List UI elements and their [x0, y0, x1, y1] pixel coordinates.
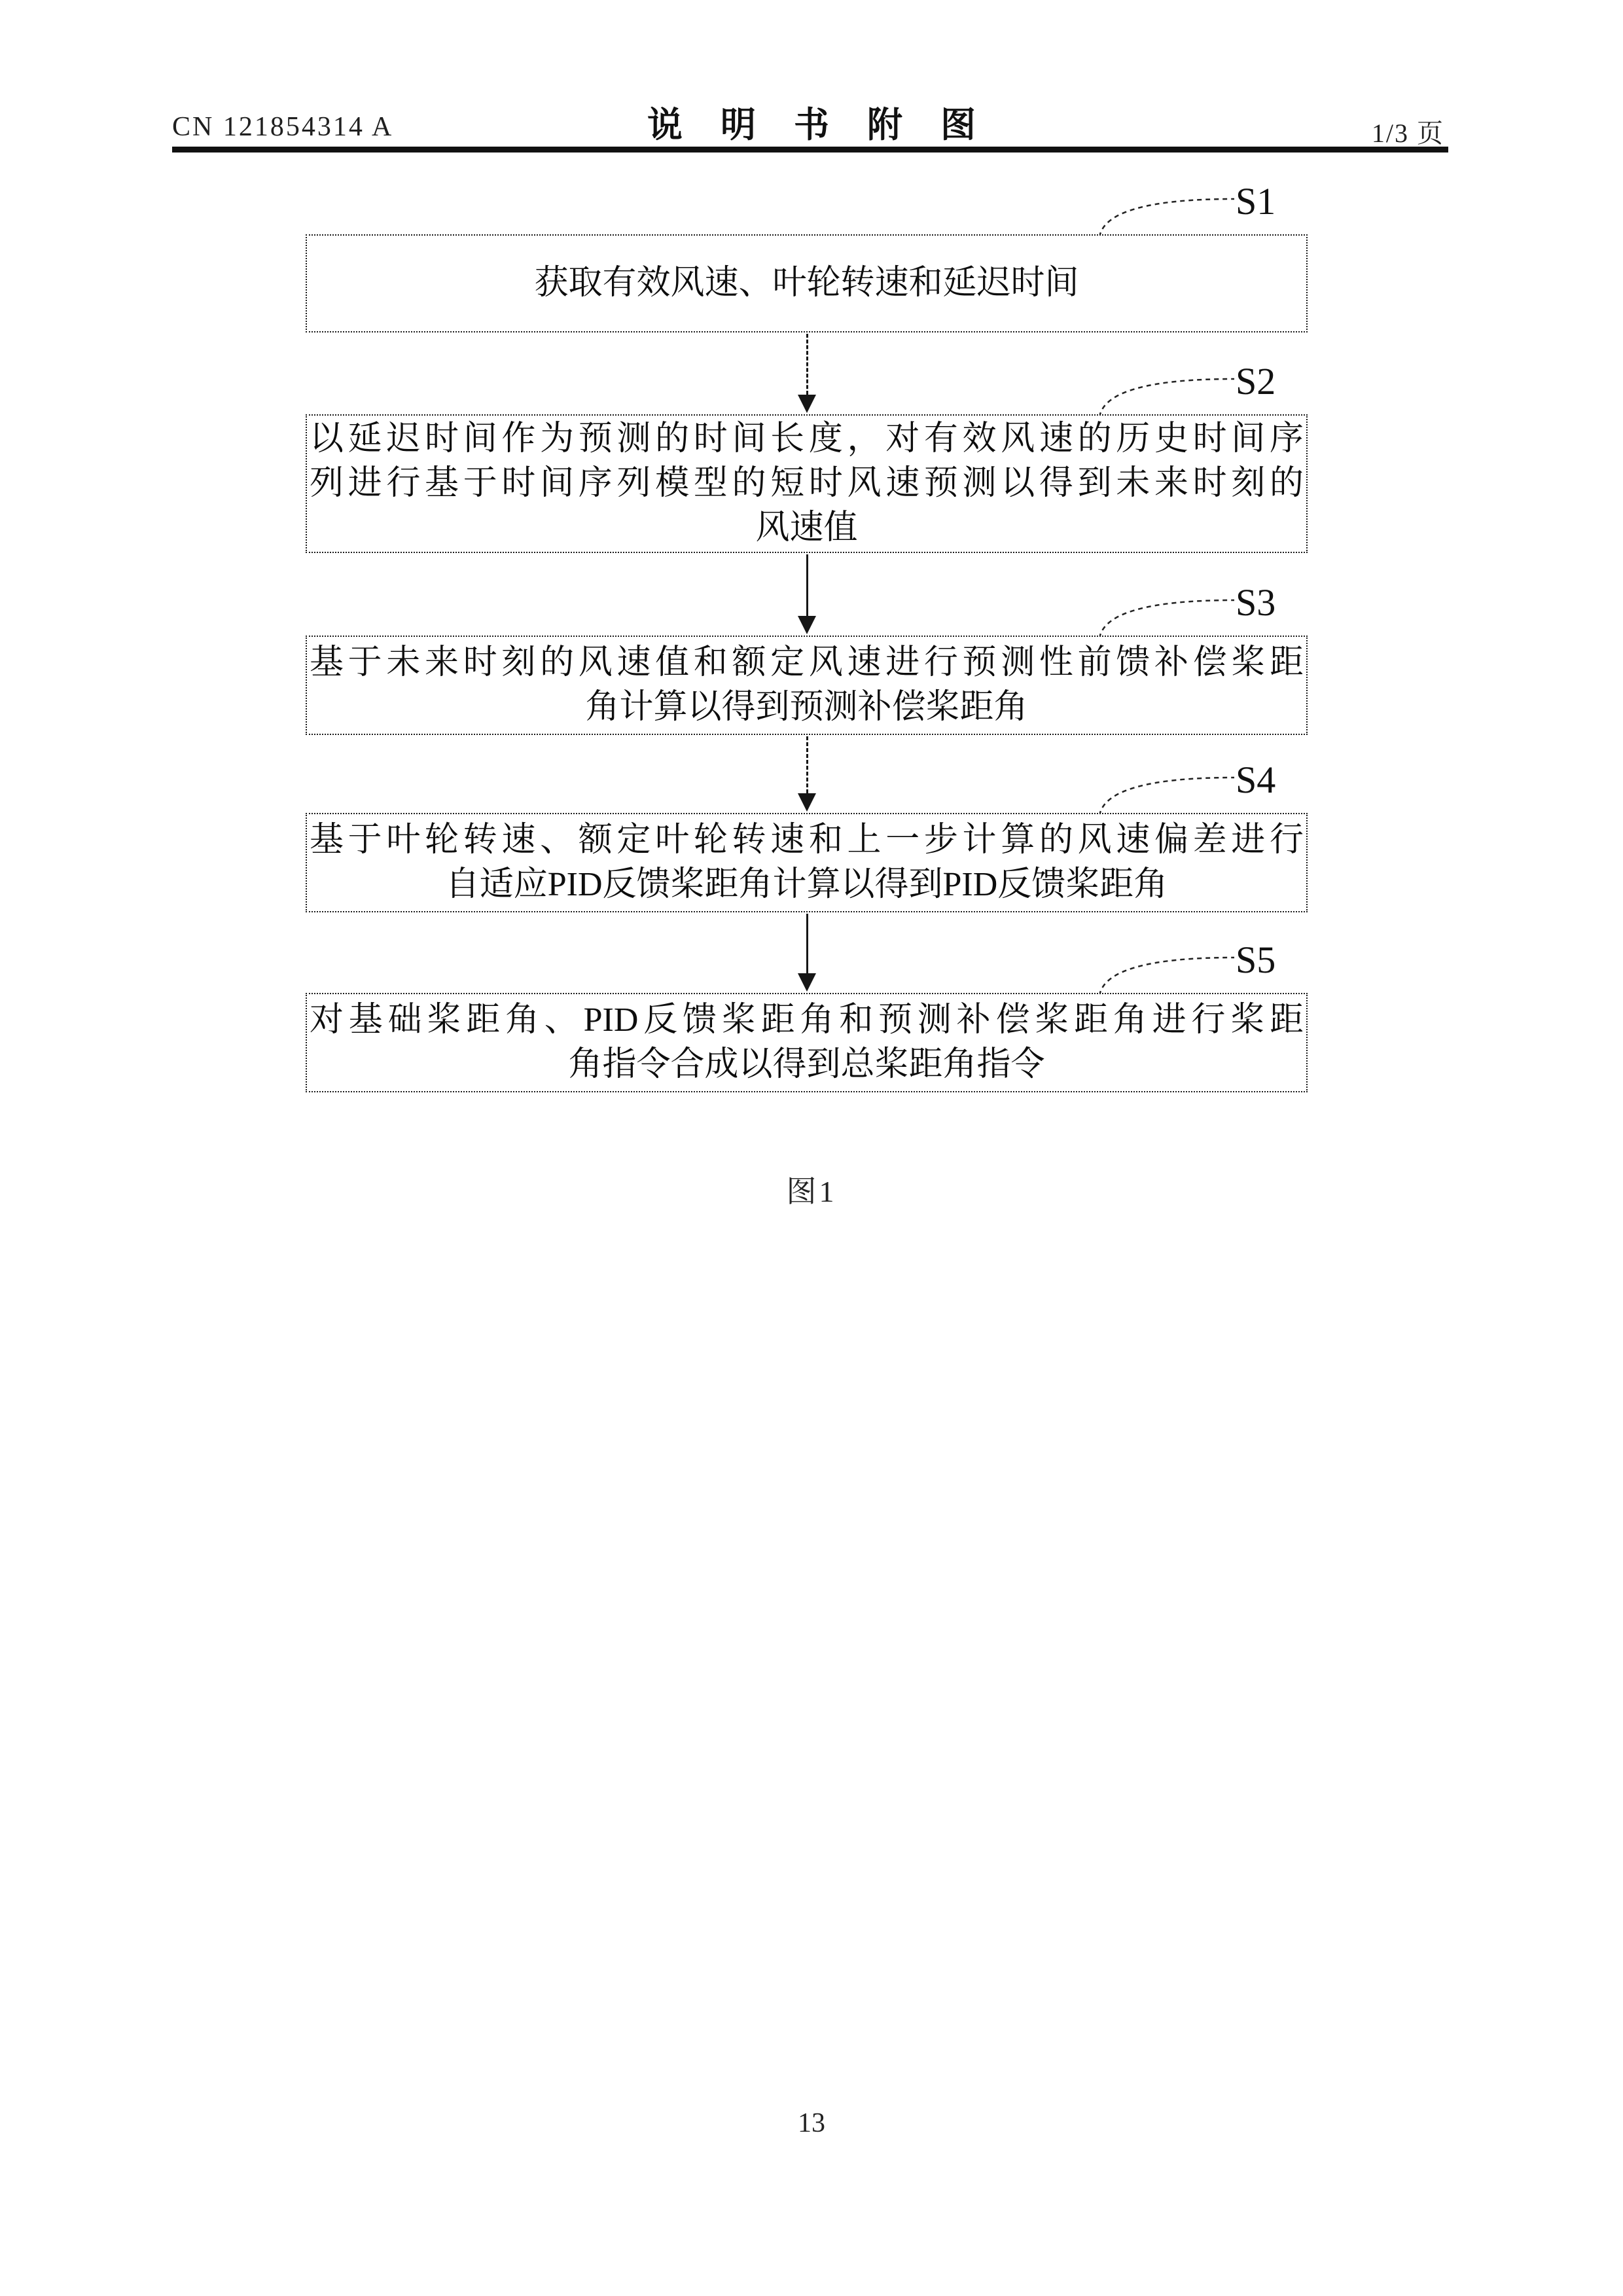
arrow-connector-1: [798, 334, 816, 413]
arrow-head-icon: [798, 973, 816, 992]
arrow-shaft: [806, 914, 808, 973]
step-label-s2: S2: [1236, 359, 1314, 403]
arrow-connector-2: [798, 554, 816, 634]
arrow-head-icon: [798, 793, 816, 812]
flow-box-text: 风速值: [310, 506, 1304, 550]
page-number: 13: [0, 2108, 1623, 2139]
step-label-s3: S3: [1236, 581, 1314, 624]
flow-box-text: 角计算以得到预测补偿桨距角: [310, 685, 1304, 730]
arrow-shaft: [806, 554, 808, 616]
step-label-s4: S4: [1236, 758, 1314, 802]
page-indicator: 1/3 页: [1372, 113, 1444, 150]
arrow-connector-4: [798, 914, 816, 992]
arrow-shaft: [806, 334, 808, 395]
flow-box-text: 自适应PID反馈桨距角计算以得到PID反馈桨距角: [310, 863, 1304, 907]
figure-caption: 图1: [0, 1168, 1623, 1211]
leader-line-s1: [1080, 174, 1243, 240]
flow-box-text: 角指令合成以得到总桨距角指令: [310, 1043, 1304, 1087]
flow-box-text: 对基础桨距角、PID反馈桨距角和预测补偿桨距角进行桨距: [310, 998, 1304, 1043]
leader-line-s5: [1080, 933, 1243, 998]
flow-box-text: 列进行基于时间序列模型的短时风速预测以得到未来时刻的: [310, 461, 1304, 506]
flow-box-s2: 以延迟时间作为预测的时间长度，对有效风速的历史时间序 列进行基于时间序列模型的短…: [306, 414, 1308, 553]
leader-line-s4: [1080, 753, 1243, 818]
arrow-connector-3: [798, 736, 816, 812]
flow-box-text: 基于叶轮转速、额定叶轮转速和上一步计算的风速偏差进行: [310, 818, 1304, 863]
leader-line-s2: [1080, 354, 1243, 420]
arrow-shaft: [806, 736, 808, 793]
flow-box-s4: 基于叶轮转速、额定叶轮转速和上一步计算的风速偏差进行 自适应PID反馈桨距角计算…: [306, 813, 1308, 912]
flow-box-text: 获取有效风速、叶轮转速和延迟时间: [310, 261, 1304, 306]
flow-box-text: 基于未来时刻的风速值和额定风速进行预测性前馈补偿桨距: [310, 641, 1304, 685]
flow-box-s1: 获取有效风速、叶轮转速和延迟时间: [306, 234, 1308, 332]
arrow-head-icon: [798, 616, 816, 634]
step-label-s1: S1: [1236, 179, 1314, 223]
flow-box-text: 以延迟时间作为预测的时间长度，对有效风速的历史时间序: [310, 417, 1304, 461]
step-label-s5: S5: [1236, 938, 1314, 982]
flow-box-s5: 对基础桨距角、PID反馈桨距角和预测补偿桨距角进行桨距 角指令合成以得到总桨距角…: [306, 993, 1308, 1092]
leader-line-s3: [1080, 575, 1243, 641]
flow-box-s3: 基于未来时刻的风速值和额定风速进行预测性前馈补偿桨距 角计算以得到预测补偿桨距角: [306, 636, 1308, 735]
header-divider: [172, 147, 1448, 152]
arrow-head-icon: [798, 395, 816, 413]
patent-drawings-page: CN 121854314 A 说明书附图 1/3 页 S1 获取有效风速、叶轮转…: [0, 0, 1623, 2296]
